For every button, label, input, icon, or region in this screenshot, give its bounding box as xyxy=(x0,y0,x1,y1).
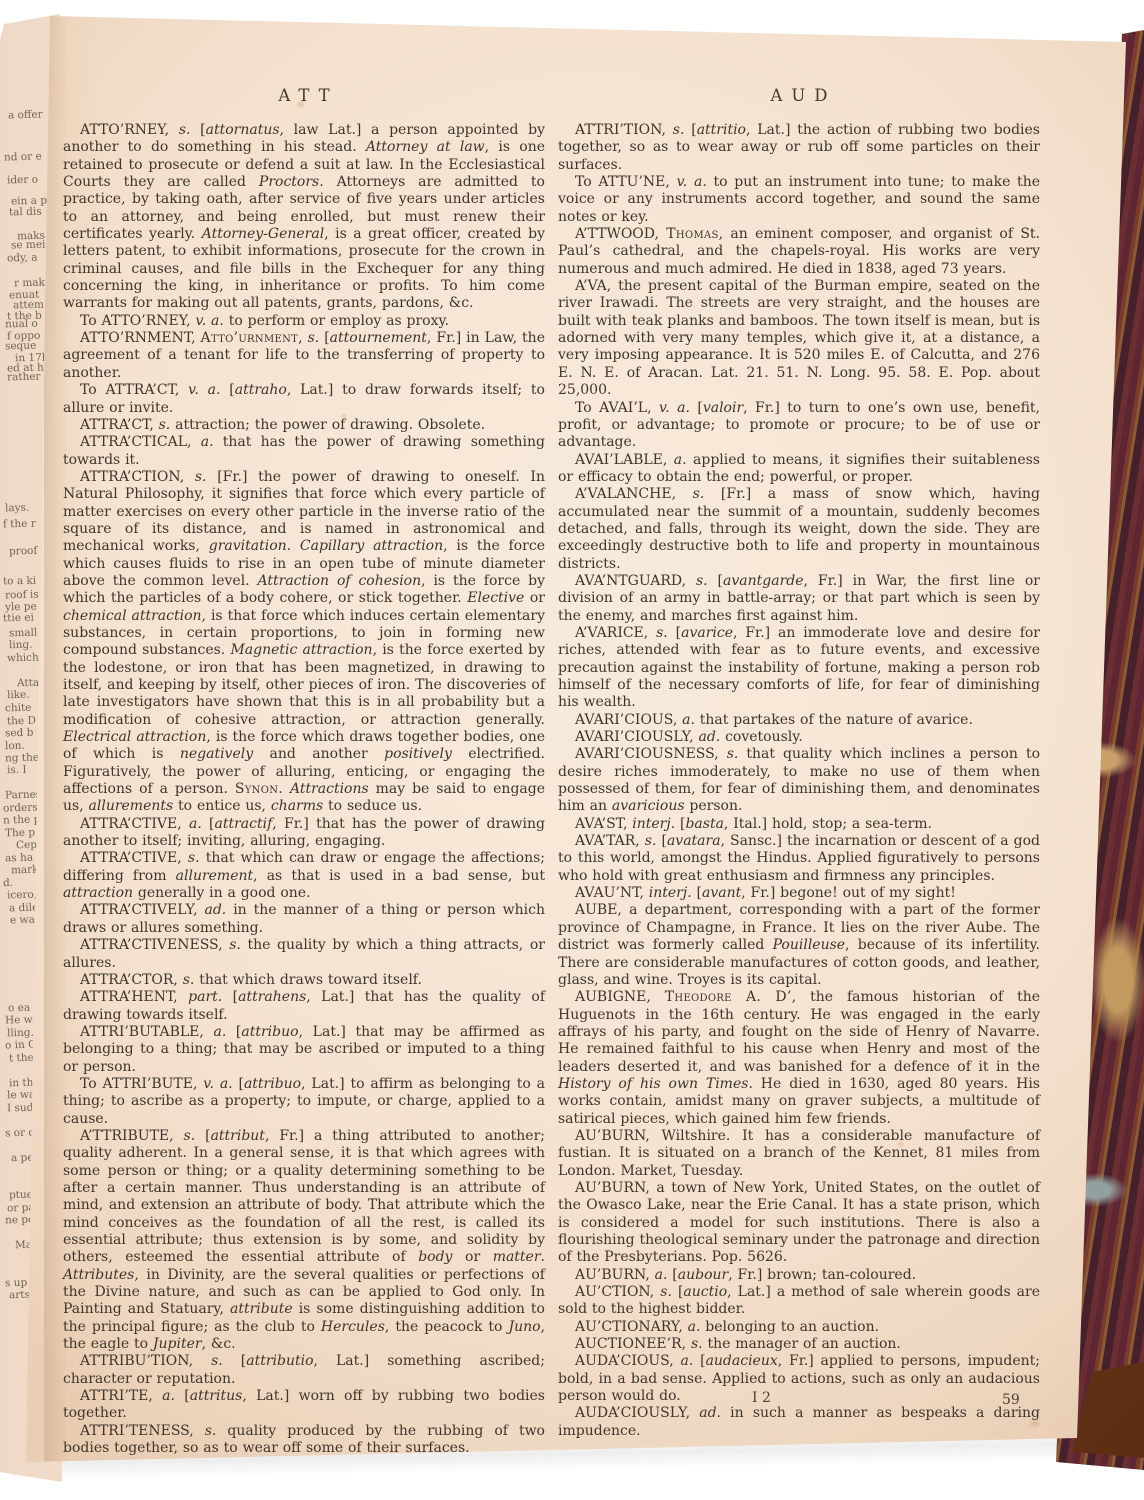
gutter-fragment: rather xyxy=(7,372,41,383)
gutter-fragment: t the xyxy=(9,1053,34,1064)
dictionary-entry: AVAU’NT, interj. [avant, Fr.] begone! ou… xyxy=(558,885,1040,902)
dictionary-entry: ATTRI’BUTABLE, a. [attribuo, Lat.] that … xyxy=(63,1024,545,1076)
gutter-fragment: ein a p xyxy=(11,196,47,207)
dictionary-entry: To ATTO’RNEY, v. a. to perform or employ… xyxy=(63,313,545,330)
gutter-fragment: ling. xyxy=(9,640,33,651)
gutter-fragment: seque xyxy=(5,341,37,352)
dictionary-entry: AVARI’CIOUSNESS, s. that quality which i… xyxy=(558,746,1040,815)
column-header-right: AUD xyxy=(558,86,1040,105)
gutter-fragment: icero, xyxy=(7,890,37,901)
gutter-fragment: le wa xyxy=(7,1090,35,1101)
gutter-fragment: sed b xyxy=(5,728,34,739)
dictionary-entry: ATTRA’CTIVE, a. [attractif, Fr.] that ha… xyxy=(63,816,545,851)
gutter-fragment: ody, a xyxy=(7,253,38,264)
gutter-fragment: the D xyxy=(7,716,36,727)
gutter-fragment: r mak xyxy=(14,278,45,289)
dictionary-entry: To ATTRA’CT, v. a. [attraho, Lat.] to dr… xyxy=(63,382,545,417)
gutter-fragment: Parnes xyxy=(5,790,41,801)
dictionary-entry: AU’BURN, Wiltshire. It has a considerabl… xyxy=(558,1128,1040,1180)
gutter-fragment: is. I xyxy=(7,765,27,776)
dictionary-entry: AUCTIONEE’R, s. the manager of an auctio… xyxy=(558,1336,1040,1353)
gutter-fragment: ider o xyxy=(7,175,38,186)
dictionary-entry: ATTRIBU’TION, s. [attributio, Lat.] some… xyxy=(63,1353,545,1388)
gutter-fragment: lays. xyxy=(5,503,30,514)
dictionary-entry: ATTRA’CTIVE, s. that which can draw or e… xyxy=(63,850,545,902)
dictionary-entry: A’VARICE, s. [avarice, Fr.] an immoderat… xyxy=(558,625,1040,712)
gutter-fragment: arts xyxy=(9,1290,30,1301)
dictionary-entry: AUBIGNE, Theodore A. D’, the famous hist… xyxy=(558,989,1040,1128)
dictionary-entry: A’VA, the present capital of the Burman … xyxy=(558,278,1040,399)
dictionary-entry: ATTRI’TION, s. [attritio, Lat.] the acti… xyxy=(558,122,1040,174)
gutter-fragment: n the p xyxy=(3,815,41,826)
gutter-fragment: nd or e xyxy=(4,152,42,163)
dictionary-entry: ATTRA’CTIVENESS, s. the quality by which… xyxy=(63,937,545,972)
dictionary-entry: ATTO’RNEY, s. [attornatus, law Lat.] a p… xyxy=(63,122,545,313)
dictionary-page: ATT ATTO’RNEY, s. [attornatus, law Lat.]… xyxy=(0,0,1144,1500)
gutter-fragment: se mei xyxy=(11,240,46,251)
dictionary-entry: AVA’ST, interj. [basta, Ital.] hold, sto… xyxy=(558,816,1040,833)
left-column: ATT ATTO’RNEY, s. [attornatus, law Lat.]… xyxy=(63,86,545,1457)
gutter-fragment: a pe xyxy=(11,1153,34,1164)
gutter-fragment: like. xyxy=(7,690,30,701)
gutter-fragment: s or d xyxy=(5,1128,35,1139)
gutter-fragment: orders xyxy=(3,803,38,814)
gutter-fragment: o ea xyxy=(8,1003,30,1014)
gutter-fragment: e wa xyxy=(10,915,35,926)
gutter-fragment: ptue xyxy=(9,1190,33,1201)
gutter-fragment: d. xyxy=(3,878,13,888)
dictionary-entry: ATTRA’CTION, s. [Fr.] the power of drawi… xyxy=(63,469,545,816)
dictionary-entry: ATTRA’CTOR, s. that which draws toward i… xyxy=(63,972,545,989)
dictionary-entry: ATTRA’CTIVELY, ad. in the manner of a th… xyxy=(63,902,545,937)
dictionary-entry: To ATTU’NE, v. a. to put an instrument i… xyxy=(558,174,1040,226)
gutter-fragment: a offer xyxy=(8,110,43,121)
dictionary-entry: To AVAI’L, v. a. [valoir, Fr.] to turn t… xyxy=(558,400,1040,452)
gutter-fragment: tal dis xyxy=(9,207,42,218)
dictionary-entry: AVA’TAR, s. [avatara, Sansc.] the incarn… xyxy=(558,833,1040,885)
dictionary-entry: ATTRA’HENT, part. [attrahens, Lat.] that… xyxy=(63,989,545,1024)
column-header-left: ATT xyxy=(63,86,545,105)
right-column: AUD ATTRI’TION, s. [attritio, Lat.] the … xyxy=(558,86,1040,1457)
page-number: 59 xyxy=(1002,1392,1020,1408)
gutter-fragment: roof is xyxy=(5,590,39,601)
dictionary-entry: AU’BURN, a. [aubour, Fr.] brown; tan-col… xyxy=(558,1267,1040,1284)
gutter-fragment: Atta xyxy=(17,678,39,689)
printed-text-block: ATT ATTO’RNEY, s. [attornatus, law Lat.]… xyxy=(63,86,1041,1457)
dictionary-entry: ATTRI’TE, a. [attritus, Lat.] worn off b… xyxy=(63,1388,545,1423)
gutter-fragment: lling. xyxy=(7,1028,34,1039)
dictionary-entry: AVARI’CIOUSLY, ad. covetously. xyxy=(558,729,1040,746)
gutter-fragment: ng the xyxy=(5,753,39,764)
dictionary-entry: A’TTRIBUTE, s. [attribut, Fr.] a thing a… xyxy=(63,1128,545,1353)
dictionary-entry: To ATTRI’BUTE, v. a. [attribuo, Lat.] to… xyxy=(63,1076,545,1128)
dictionary-entry: AUBE, a department, corresponding with a… xyxy=(558,902,1040,989)
gutter-fragment: as ha xyxy=(5,853,33,864)
dictionary-entry: AU’CTION, s. [auctio, Lat.] a method of … xyxy=(558,1284,1040,1319)
dictionary-entry: AU’BURN, a town of New York, United Stat… xyxy=(558,1180,1040,1267)
gutter-fragment: ttie ei xyxy=(3,613,34,624)
dictionary-entry: ATTO’RNMENT, Atto’urnment, s. [attournem… xyxy=(63,330,545,382)
gutter-fragment: mark xyxy=(11,865,39,876)
dictionary-entry: AU’CTIONARY, a. belonging to an auction. xyxy=(558,1319,1040,1336)
gutter-fragment: a dile xyxy=(9,903,39,914)
dictionary-entry: A’VALANCHE, s. [Fr.] a mass of snow whic… xyxy=(558,486,1040,573)
gutter-fragment: small xyxy=(9,628,38,639)
signature-mark: I 2 xyxy=(752,1390,771,1406)
dictionary-entry: A’TTWOOD, Thomas, an eminent composer, a… xyxy=(558,226,1040,278)
gutter-fragment: nual o xyxy=(5,319,38,330)
dictionary-entry: ATTRA’CT, s. attraction; the power of dr… xyxy=(63,417,545,434)
gutter-fragment: The p xyxy=(5,828,35,839)
dictionary-entry: AVA’NTGUARD, s. [avantgarde, Fr.] in War… xyxy=(558,573,1040,625)
dictionary-entry: AVARI’CIOUS, a. that partakes of the nat… xyxy=(558,712,1040,729)
gutter-fragment: f the r xyxy=(3,519,36,530)
dictionary-entry: AUDA’CIOUS, a. [audacieux, Fr.] applied … xyxy=(558,1353,1040,1405)
dictionary-entry: ATTRA’CTICAL, a. that has the power of d… xyxy=(63,434,545,469)
gutter-fragment: s up xyxy=(5,1278,27,1289)
gutter-fragment: chite xyxy=(5,703,32,714)
gutter-fragment: to a ki xyxy=(3,576,36,587)
dictionary-entry: AVAI’LABLE, a. applied to means, it sign… xyxy=(558,452,1040,487)
dictionary-entry: AUDA’CIOUSLY, ad. in such a manner as be… xyxy=(558,1405,1040,1440)
gutter-fragment: which xyxy=(7,653,39,664)
gutter-fragment: lon. xyxy=(5,741,25,752)
